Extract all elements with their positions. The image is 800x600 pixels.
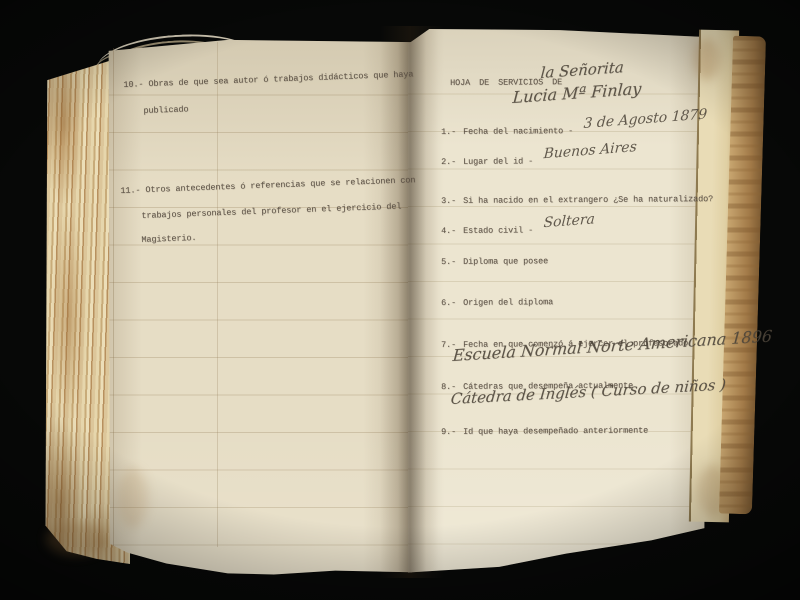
foxing-stain [698,465,728,517]
item-handwritten-value: Soltera [543,211,595,231]
item-label: Origen del diploma [463,297,553,308]
item-number: 11.- [120,185,140,196]
form-item-6: 6.-Origen del diploma [441,291,553,310]
item-number: 4.- [441,226,456,236]
item-number: 5.- [441,257,456,267]
form-item-10-continued: publicado [143,98,189,118]
underpage-seam-line [217,42,218,547]
item-number: 2.- [441,157,456,167]
form-item-2: 2.-Lugar del id -Buenos Aires [441,150,637,169]
item-text-line: publicado [143,104,188,116]
item-number: 9.- [441,427,456,437]
form-item-5: 5.-Diploma que posee [441,250,548,269]
photo-open-book: 10.-Obras de que sea autor ó trabajos di… [0,0,800,600]
item-text-line: Magisterio. [141,233,196,245]
item-label: Lugar del id - [463,156,533,166]
item-label: Fecha del nacimiento - [463,126,573,137]
item-label: Id que haya desempeñado anteriormente [463,426,648,437]
foxing-stain [118,468,148,528]
item-label: Estado civil - [463,225,533,235]
item-label: Diploma que posee [463,256,548,267]
item-label: Si ha nacido en el extrangero ¿Se ha nat… [463,194,713,206]
left-page-edge-line [113,48,114,546]
gutter-shadow [380,26,444,578]
form-item-4: 4.-Estado civil -Soltera [441,219,595,238]
foxing-stain [694,38,720,80]
item-number: 1.- [441,127,456,137]
form-item-9: 9.-Id que haya desempeñado anteriormente [441,420,648,439]
foxing-stain [46,522,106,556]
item-number: 10.- [123,79,143,90]
item-number: 3.- [441,196,456,206]
form-item-3: 3.-Si ha nacido en el extrangero ¿Se ha … [441,188,713,208]
item-number: 6.- [441,298,456,308]
form-item-1: 1.-Fecha del nacimiento -3 de Agosto 187… [441,119,707,139]
form-item-11-continued: Magisterio. [141,227,197,247]
